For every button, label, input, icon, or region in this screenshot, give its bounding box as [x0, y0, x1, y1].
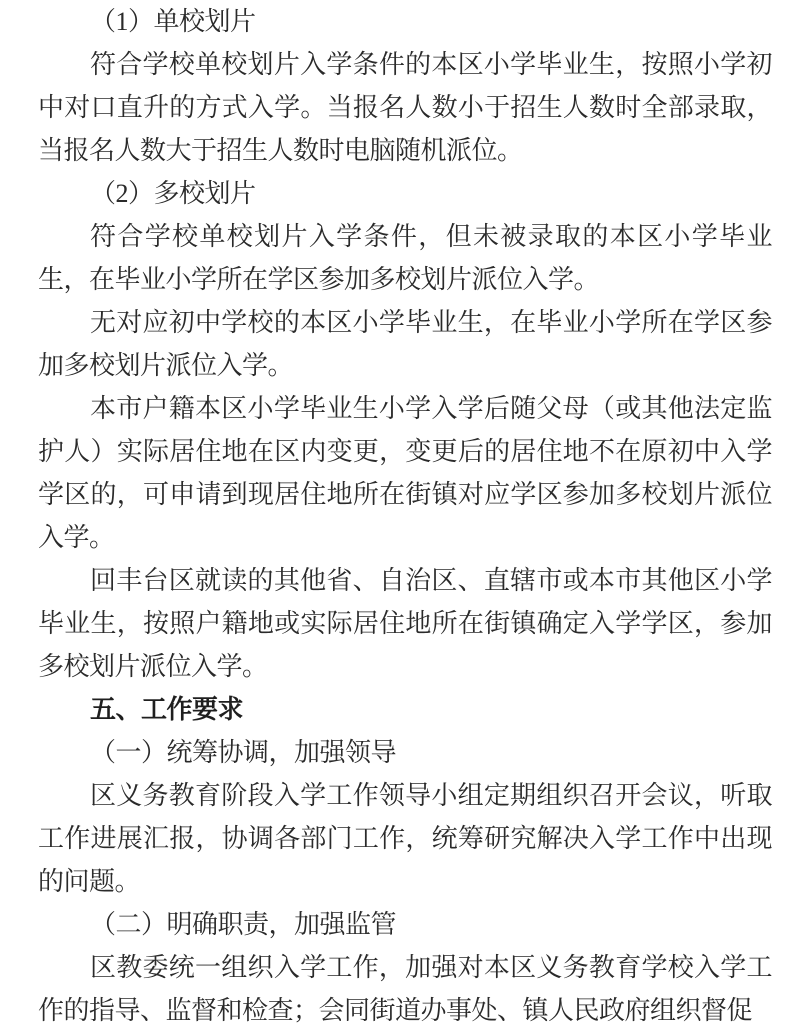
subsection-heading-coordination-leadership: （一）统筹协调，加强领导: [38, 731, 772, 774]
paragraph-leading-group-meetings: 区义务教育阶段入学工作领导小组定期组织召开会议，听取工作进展汇报，协调各部门工作…: [38, 774, 772, 903]
paragraph-residence-change: 本市户籍本区小学毕业生小学入学后随父母（或其他法定监护人）实际居住地在区内变更，…: [38, 387, 772, 559]
paragraph-multi-school-unadmitted: 符合学校单校划片入学条件，但未被录取的本区小学毕业生，在毕业小学所在学区参加多校…: [38, 215, 772, 301]
section-heading-work-requirements: 五、工作要求: [38, 688, 772, 731]
document-page: （1）单校划片 符合学校单校划片入学条件的本区小学毕业生，按照小学初中对口直升的…: [0, 0, 800, 1033]
paragraph-return-to-fengtai: 回丰台区就读的其他省、自治区、直辖市或本市其他区小学毕业生，按照户籍地或实际居住…: [38, 559, 772, 688]
paragraph-no-corresponding-school: 无对应初中学校的本区小学毕业生，在毕业小学所在学区参加多校划片派位入学。: [38, 301, 772, 387]
subsection-heading-responsibilities-supervision: （二）明确职责，加强监管: [38, 903, 772, 946]
paragraph-education-committee-supervision: 区教委统一组织入学工作，加强对本区义务教育学校入学工作的指导、监督和检查；会同街…: [38, 946, 772, 1032]
paragraph-single-school-policy: 符合学校单校划片入学条件的本区小学毕业生，按照小学初中对口直升的方式入学。当报名…: [38, 43, 772, 172]
subitem-heading-multi-school: （2）多校划片: [38, 172, 772, 215]
subitem-heading-single-school: （1）单校划片: [38, 0, 772, 43]
